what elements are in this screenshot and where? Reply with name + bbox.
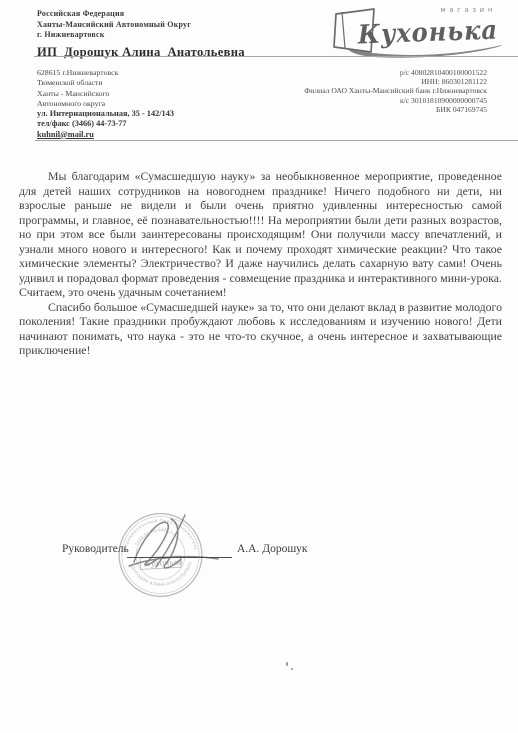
letterhead-region: Ханты-Мансийский Автономный Округ bbox=[37, 20, 245, 31]
contact-line: Тюменской области bbox=[37, 78, 174, 88]
header-divider-top bbox=[34, 56, 518, 57]
signature-role-label: Руководитель bbox=[62, 543, 129, 555]
letterhead-country: Российская Федерация bbox=[37, 9, 245, 20]
store-logo: магазин Кухонька bbox=[328, 2, 510, 58]
letter-paragraph-1: Мы благодарим «Сумасшедшую науку» за нео… bbox=[19, 169, 502, 300]
street-address: ул. Интернациональная, 35 - 142/143 bbox=[37, 109, 174, 119]
email-address: kuhnil@mail.ru bbox=[37, 130, 174, 140]
logo-wordmark: Кухонька bbox=[357, 16, 499, 51]
scan-speck bbox=[286, 662, 288, 666]
letter-paragraph-2: Спасибо большое «Сумасшедшей науке» за т… bbox=[19, 300, 502, 358]
letterhead: Российская Федерация Ханты-Мансийский Ав… bbox=[37, 9, 245, 60]
bank-inn: ИНН: 860301281122 bbox=[304, 77, 487, 86]
contact-line: Ханты - Мансийского bbox=[37, 89, 174, 99]
bank-account: р/с 40802810400100001522 bbox=[304, 68, 487, 77]
header-divider-bottom bbox=[35, 140, 518, 141]
contact-block: 628615 г.Нижневартовск Тюменской области… bbox=[37, 68, 174, 140]
letter-body: Мы благодарим «Сумасшедшую науку» за нео… bbox=[19, 169, 502, 358]
signature-name: А.А. Дорошук bbox=[237, 543, 308, 555]
contact-line: Автономного округа bbox=[37, 99, 174, 109]
contact-line: 628615 г.Нижневартовск bbox=[37, 68, 174, 78]
letterhead-city: г. Нижневартовск bbox=[37, 30, 245, 41]
company-name: ИП Дорошук Алина Анатольевна bbox=[37, 45, 245, 60]
phone-fax: тел/факс (3466) 44-73-77 bbox=[37, 119, 174, 129]
scan-speck bbox=[291, 668, 293, 670]
store-logo-graphic: Кухонька bbox=[328, 2, 510, 58]
bank-corr-account: к/с 30101810900000000745 bbox=[304, 96, 487, 105]
logo-frame-line bbox=[342, 12, 345, 48]
scanned-letter-page: Российская Федерация Ханты-Мансийский Ав… bbox=[0, 0, 518, 733]
bank-details-block: р/с 40802810400100001522 ИНН: 8603012811… bbox=[304, 68, 487, 114]
signature-line bbox=[127, 541, 232, 558]
bank-bik: БИК 047169745 bbox=[304, 105, 487, 114]
bank-branch: Филиал ОАО Ханты-Мансийский банк г.Нижне… bbox=[304, 86, 487, 95]
scan-speck bbox=[43, 53, 45, 55]
